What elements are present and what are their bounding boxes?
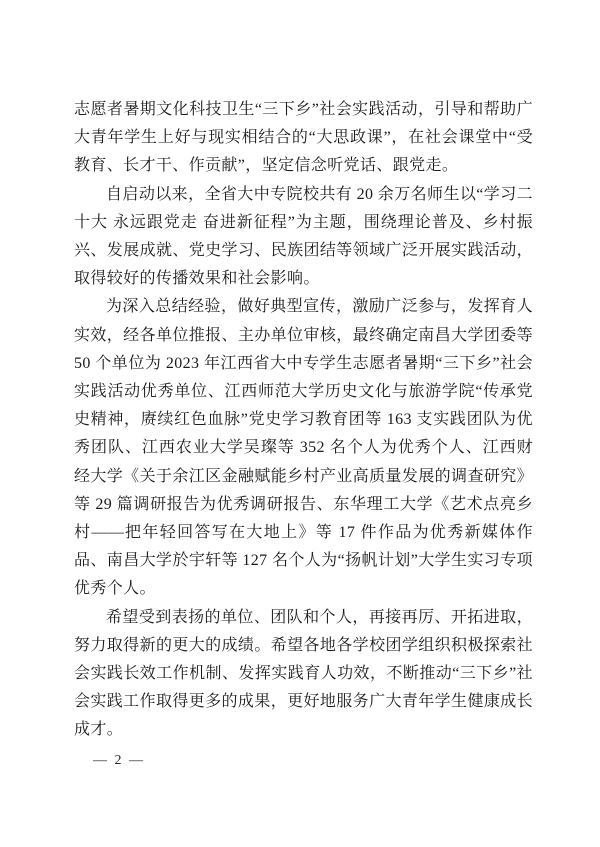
paragraph-award-list: 为深入总结经验，做好典型宣传，激励广泛参与，发挥育人实效，经各单位推报、主办单位…: [74, 293, 533, 603]
page-number: — 2 —: [93, 753, 145, 769]
paragraph-continuation: 志愿者暑期文化科技卫生“三下乡”社会实践活动，引导和帮助广大青年学生上好与现实相…: [74, 96, 533, 181]
paragraph-closing-hopes: 希望受到表扬的单位、团队和个人，再接再厉、开拓进取，努力取得新的更大的成绩。希望…: [74, 604, 533, 745]
paragraph-launch-overview: 自启动以来，全省大中专院校共有 20 余万名师生以“学习二十大 永远跟党走 奋进…: [74, 181, 533, 294]
document-body: 志愿者暑期文化科技卫生“三下乡”社会实践活动，引导和帮助广大青年学生上好与现实相…: [74, 96, 533, 745]
document-page: 志愿者暑期文化科技卫生“三下乡”社会实践活动，引导和帮助广大青年学生上好与现实相…: [0, 0, 600, 847]
